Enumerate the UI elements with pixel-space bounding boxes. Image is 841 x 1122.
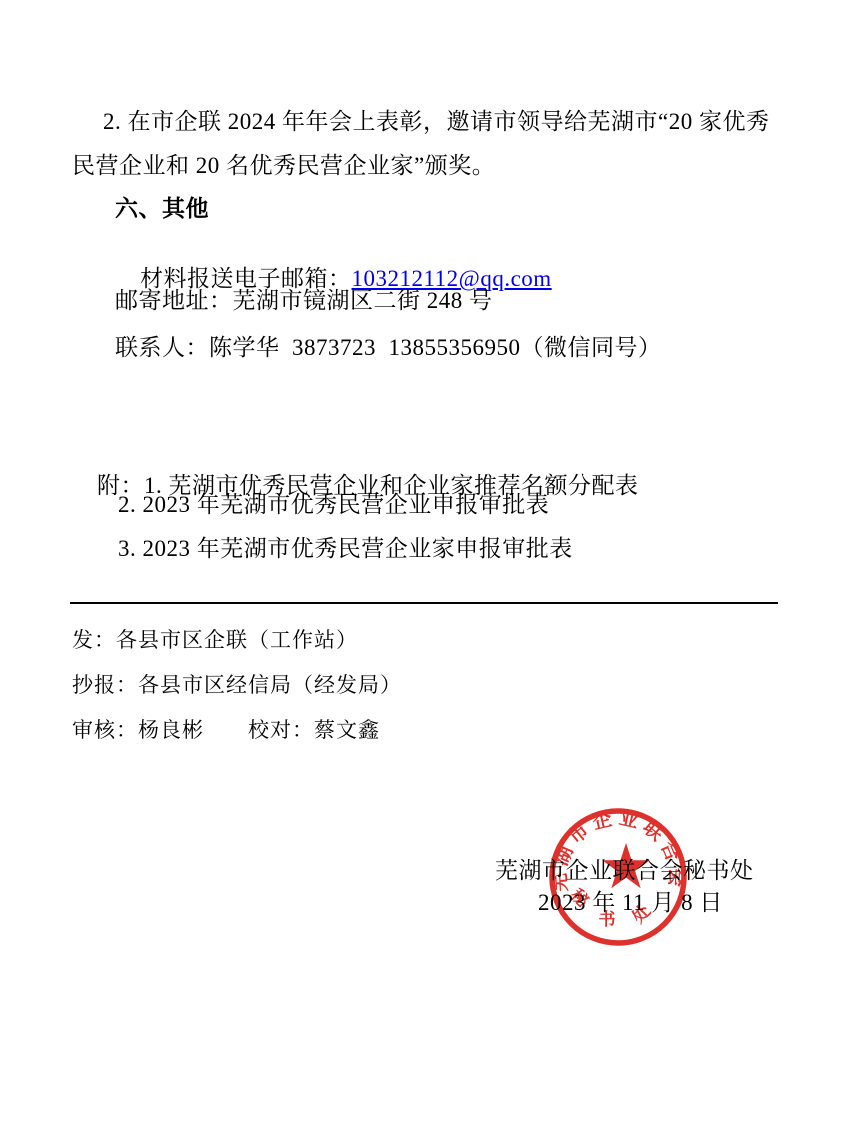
distribution-review-line: 审核：杨良彬 校对：蔡文鑫 xyxy=(72,719,380,742)
document-page: 2. 在市企联 2024 年年会上表彰，邀请市领导给芜湖市“20 家优秀 民营企… xyxy=(0,0,841,1122)
attachment-item-2: 2. 2023 年芜湖市优秀民营企业申报审批表 xyxy=(118,492,549,517)
mail-address-line: 邮寄地址：芜湖市镜湖区二街 248 号 xyxy=(115,288,493,313)
award-paragraph-line2: 民营企业和 20 名优秀民营企业家”颁奖。 xyxy=(72,153,495,178)
footer-divider-line xyxy=(70,602,778,604)
contact-person-line: 联系人：陈学华 3873723 13855356950（微信同号） xyxy=(115,335,662,360)
attachment-item-3: 3. 2023 年芜湖市优秀民营企业家申报审批表 xyxy=(118,536,573,561)
signature-date: 2023 年 11 月 8 日 xyxy=(538,890,723,915)
award-paragraph-line1: 2. 在市企联 2024 年年会上表彰，邀请市领导给芜湖市“20 家优秀 xyxy=(103,109,769,134)
section-heading-other: 六、其他 xyxy=(115,196,209,221)
signature-org: 芜湖市企业联合会秘书处 xyxy=(495,858,754,883)
distribution-copy-to: 抄报：各县市区经信局（经发局） xyxy=(72,674,402,697)
distribution-issued-to: 发：各县市区企联（工作站） xyxy=(72,629,358,652)
